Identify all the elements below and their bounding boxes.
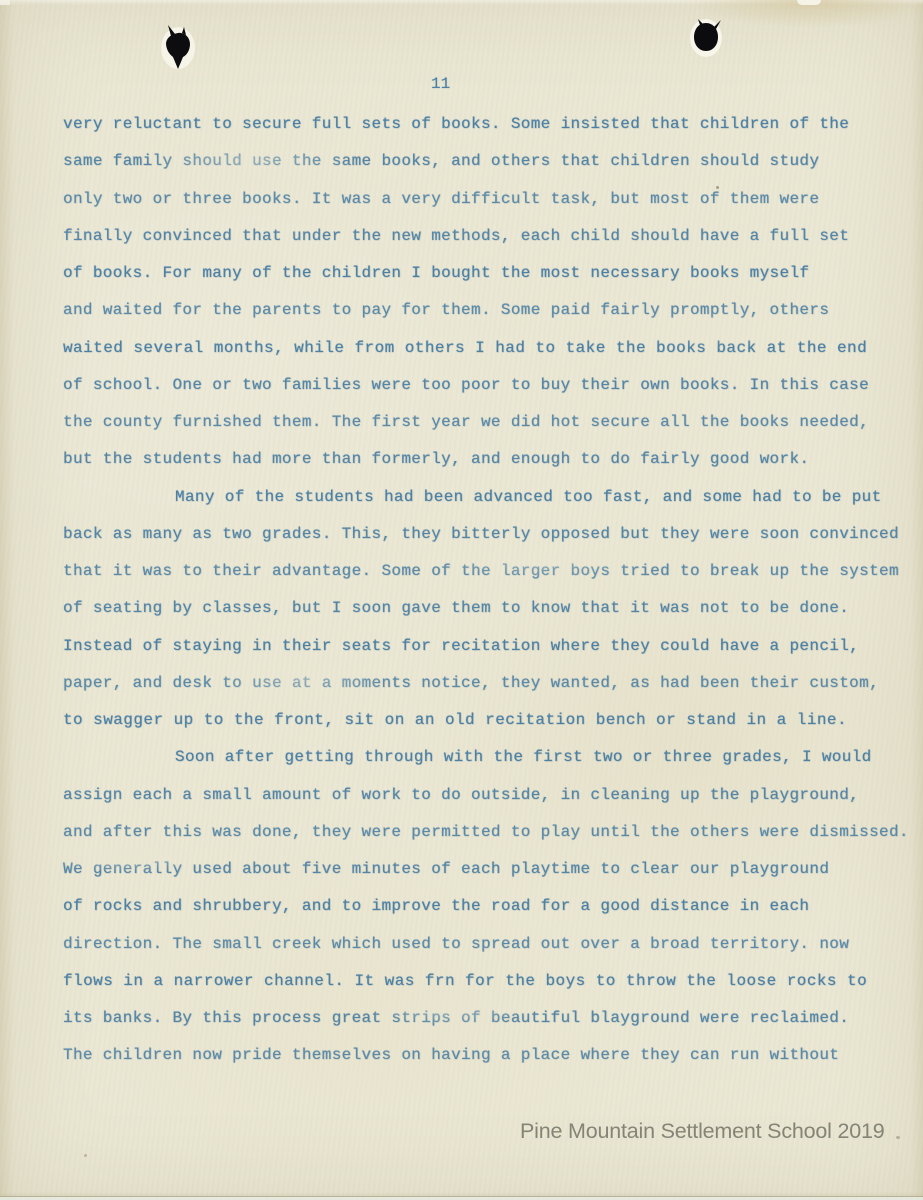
hole-punch-right	[688, 16, 724, 62]
paragraph: very reluctant to secure full sets of bo…	[63, 106, 909, 479]
paper-speck	[84, 1154, 87, 1157]
typewritten-line: very reluctant to secure full sets of bo…	[63, 106, 909, 143]
hole-punch-left	[159, 24, 199, 76]
typewritten-line: assign each a small amount of work to do…	[63, 777, 909, 814]
paper-speck	[716, 186, 719, 189]
typewritten-line: that it was to their advantage. Some of …	[63, 553, 909, 590]
typewritten-line: and waited for the parents to pay for th…	[63, 292, 909, 329]
paper-speck	[896, 1136, 900, 1139]
typewritten-line: flows in a narrower channel. It was frn …	[63, 963, 909, 1000]
document-body: very reluctant to secure full sets of bo…	[63, 106, 909, 1075]
typewritten-line: same family should use the same books, a…	[63, 143, 909, 180]
typewritten-line: back as many as two grades. This, they b…	[63, 516, 909, 553]
typewritten-line: Soon after getting through with the firs…	[63, 739, 909, 776]
typewritten-line: paper, and desk to use at a moments noti…	[63, 665, 909, 702]
typewritten-line: of rocks and shrubbery, and to improve t…	[63, 888, 909, 925]
watermark: Pine Mountain Settlement School 2019	[520, 1119, 885, 1144]
typewritten-line: finally convinced that under the new met…	[63, 218, 909, 255]
paragraph: Soon after getting through with the firs…	[63, 739, 909, 1074]
typewritten-line: the county furnished them. The first yea…	[63, 404, 909, 441]
typewritten-line: direction. The small creek which used to…	[63, 926, 909, 963]
typewritten-line: Many of the students had been advanced t…	[63, 479, 909, 516]
typewritten-line: The children now pride themselves on hav…	[63, 1037, 909, 1074]
typewritten-line: of school. One or two families were too …	[63, 367, 909, 404]
scanned-document-page: 11 very reluctant to secure full sets of…	[0, 0, 923, 1200]
typewritten-line: of books. For many of the children I bou…	[63, 255, 909, 292]
typewritten-line: only two or three books. It was a very d…	[63, 181, 909, 218]
typewritten-line: Instead of staying in their seats for re…	[63, 628, 909, 665]
scan-edge-notch	[797, 0, 821, 5]
typewritten-line: waited several months, while from others…	[63, 330, 909, 367]
paragraph: Many of the students had been advanced t…	[63, 479, 909, 740]
page-number: 11	[431, 75, 450, 93]
typewritten-line: and after this was done, they were permi…	[63, 814, 909, 851]
typewritten-line: We generally used about five minutes of …	[63, 851, 909, 888]
typewritten-line: but the students had more than formerly,…	[63, 441, 909, 478]
scan-edge-notch	[0, 0, 10, 5]
typewritten-line: its banks. By this process great strips …	[63, 1000, 909, 1037]
typewritten-line: of seating by classes, but I soon gave t…	[63, 590, 909, 627]
typewritten-line: to swagger up to the front, sit on an ol…	[63, 702, 909, 739]
